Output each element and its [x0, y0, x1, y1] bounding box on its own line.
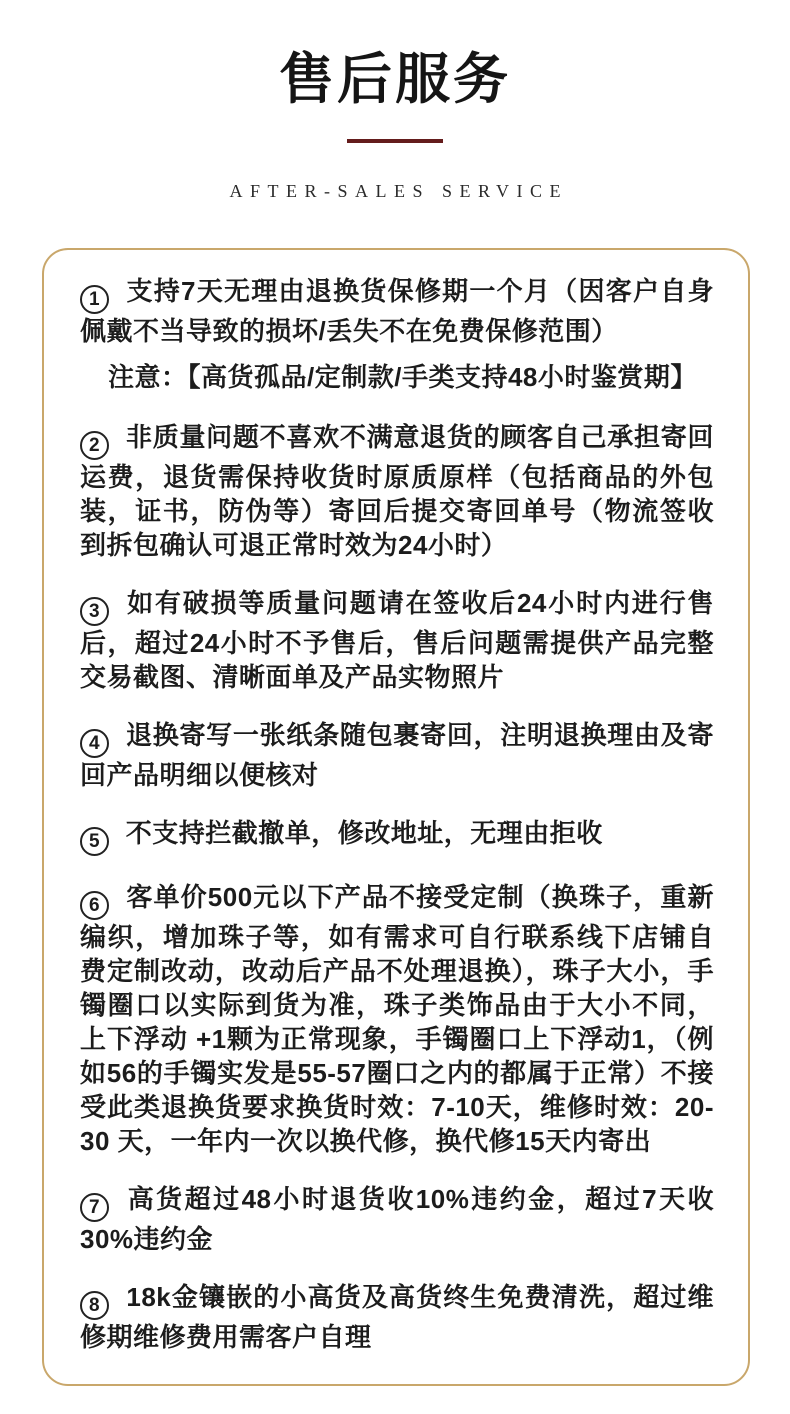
policy-item-text: 不支持拦截撤单，修改地址，无理由拒收: [126, 818, 603, 848]
policy-note: 注意：【高货孤品/定制款/手类支持48小时鉴赏期】: [108, 360, 714, 394]
item-number-badge: 7: [80, 1193, 109, 1222]
item-number-badge: 1: [80, 285, 109, 314]
policy-item-text: 18k金镶嵌的小高货及高货终生免费清洗，超过维修期维修费用需客户自理: [80, 1282, 714, 1352]
policy-item-text: 客单价500元以下产品不接受定制（换珠子，重新编织，增加珠子等，如有需求可自行联…: [80, 882, 714, 1156]
policy-panel: 1 支持7天无理由退换货保修期一个月（因客户自身佩戴不当导致的损坏/丢失不在免费…: [42, 248, 750, 1386]
policy-item-4: 4 退换寄写一张纸条随包裹寄回，注明退换理由及寄回产品明细以便核对: [80, 718, 714, 792]
policy-item-text: 非质量问题不喜欢不满意退货的顾客自己承担寄回运费，退货需保持收货时原质原样（包括…: [80, 422, 714, 560]
policy-item-5: 5 不支持拦截撤单，修改地址，无理由拒收: [80, 816, 714, 856]
policy-item-2: 2 非质量问题不喜欢不满意退货的顾客自己承担寄回运费，退货需保持收货时原质原样（…: [80, 420, 714, 562]
item-number-badge: 5: [80, 827, 109, 856]
policy-item-text: 高货超过48小时退货收10%违约金，超过7天收30%违约金: [80, 1184, 714, 1254]
item-number-badge: 3: [80, 597, 109, 626]
page-subtitle: AFTER-SALES SERVICE: [0, 181, 790, 202]
policy-item-3: 3 如有破损等质量问题请在签收后24小时内进行售后，超过24小时不予售后，售后问…: [80, 586, 714, 694]
item-number-badge: 8: [80, 1291, 109, 1320]
policy-item-1: 1 支持7天无理由退换货保修期一个月（因客户自身佩戴不当导致的损坏/丢失不在免费…: [80, 274, 714, 348]
policy-item-6: 6 客单价500元以下产品不接受定制（换珠子，重新编织，增加珠子等，如有需求可自…: [80, 880, 714, 1158]
policy-item-text: 如有破损等质量问题请在签收后24小时内进行售后，超过24小时不予售后，售后问题需…: [80, 588, 714, 692]
title-divider: [347, 139, 443, 143]
policy-item-text: 退换寄写一张纸条随包裹寄回，注明退换理由及寄回产品明细以便核对: [80, 720, 714, 790]
page-title: 售后服务: [0, 50, 790, 111]
item-number-badge: 6: [80, 891, 109, 920]
item-number-badge: 4: [80, 729, 109, 758]
page-header: 售后服务 AFTER-SALES SERVICE: [0, 0, 790, 202]
item-number-badge: 2: [80, 431, 109, 460]
policy-item-8: 8 18k金镶嵌的小高货及高货终生免费清洗，超过维修期维修费用需客户自理: [80, 1280, 714, 1354]
policy-item-text: 支持7天无理由退换货保修期一个月（因客户自身佩戴不当导致的损坏/丢失不在免费保修…: [80, 276, 714, 346]
policy-item-7: 7 高货超过48小时退货收10%违约金，超过7天收30%违约金: [80, 1182, 714, 1256]
